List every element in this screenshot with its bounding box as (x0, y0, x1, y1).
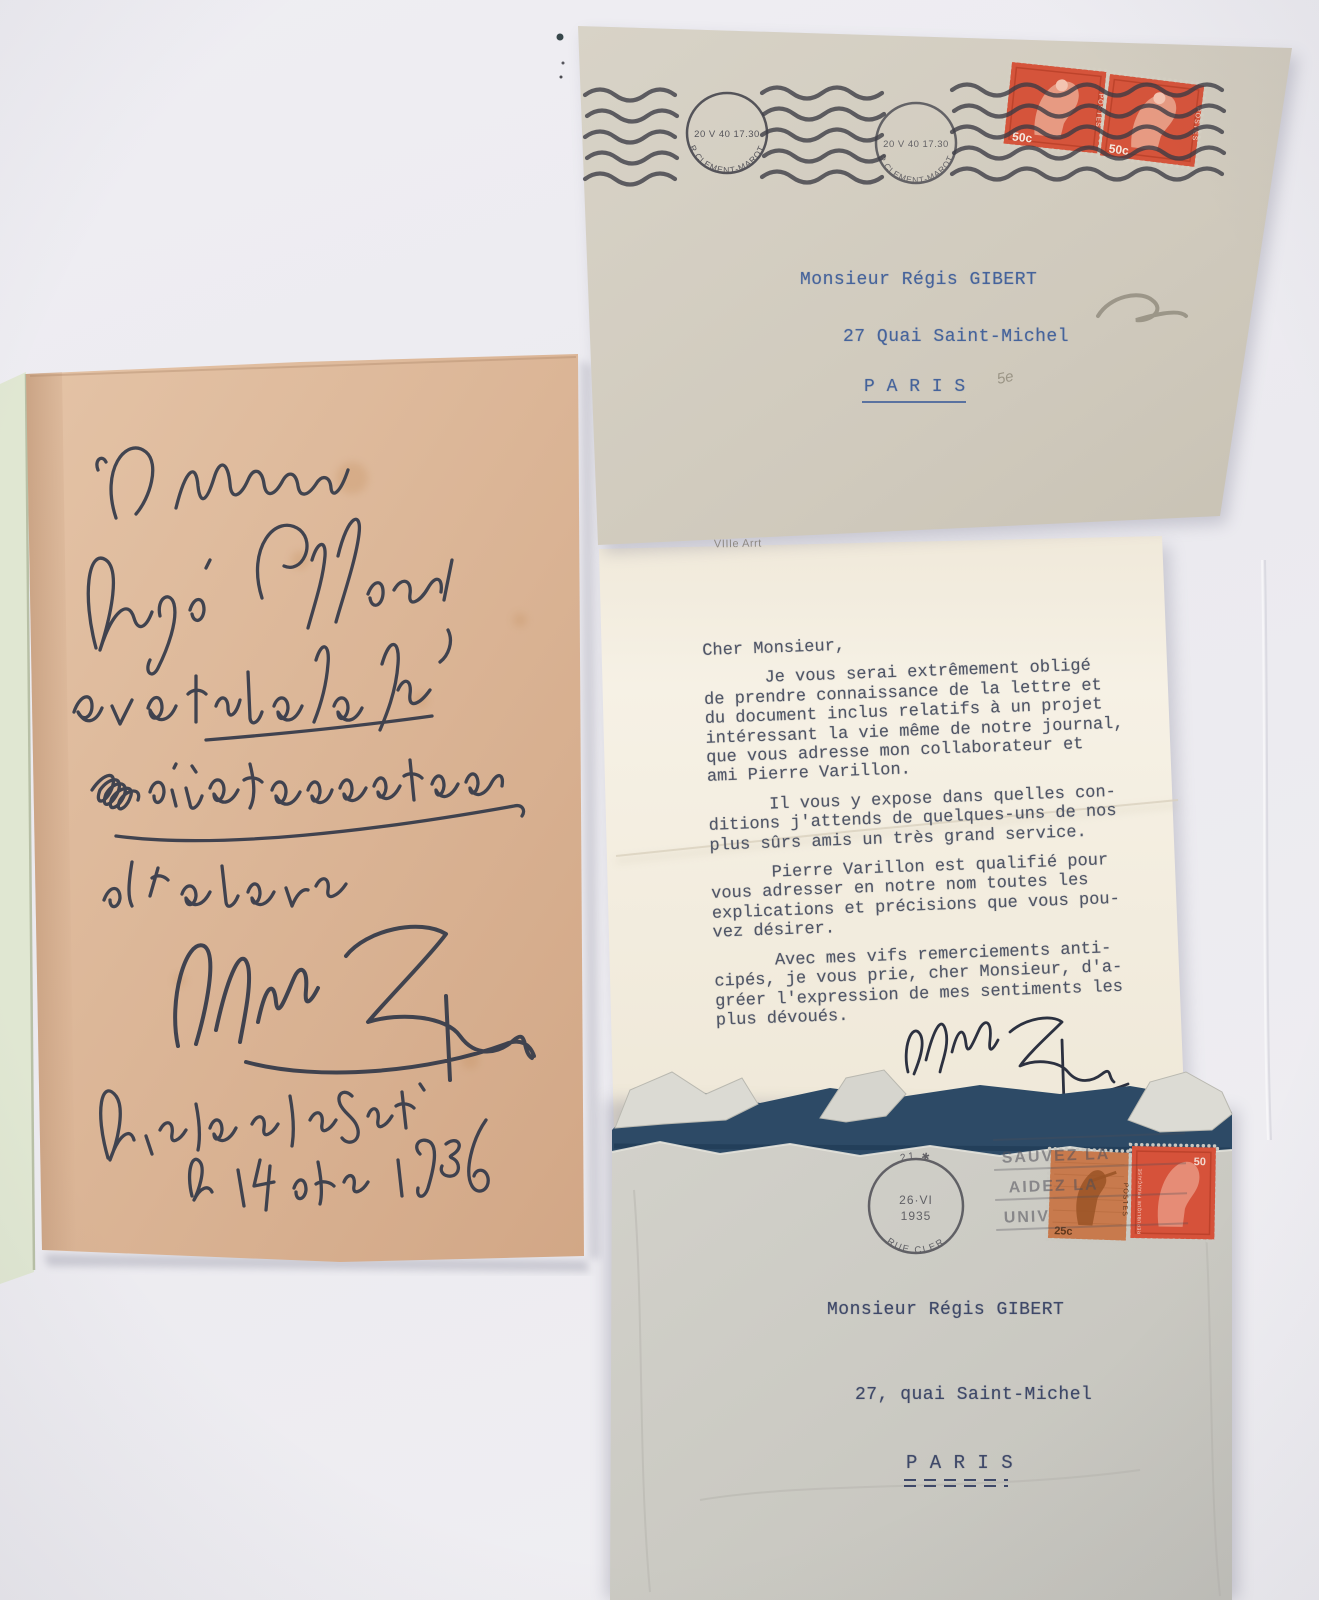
top-address-line-3: P A R I S (864, 377, 966, 397)
bottom-address-line-3: P A R I S (906, 1452, 1013, 1474)
paris-double-underline-1 (904, 1479, 1008, 1481)
letter-text: Cher Monsieur, Je vous serai extrêmement… (702, 625, 1186, 1031)
bottom-address-line-2: 27, quai Saint-Michel (855, 1385, 1092, 1405)
photo-background: À Monsieur Régis Gibert, avec toutes les… (0, 0, 1319, 1600)
paris-underline (862, 401, 966, 403)
bottom-address-line-1: Monsieur Régis GIBERT (827, 1300, 1064, 1320)
paragraph-2: Il vous y expose dans quelles con- ditio… (708, 781, 1180, 856)
top-address-line-2: 27 Quai Saint-Michel (843, 327, 1069, 347)
top-address-line-1: Monsieur Régis GIBERT (800, 270, 1037, 290)
paragraph-3: Pierre Varillon est qualifié pour vous a… (710, 849, 1183, 944)
paragraph-1: Je vous serai extrêmement obligé de pren… (703, 654, 1177, 788)
letterhead-fragment: VIIIe Arrt (714, 538, 762, 551)
paris-double-underline-2 (904, 1485, 1008, 1487)
